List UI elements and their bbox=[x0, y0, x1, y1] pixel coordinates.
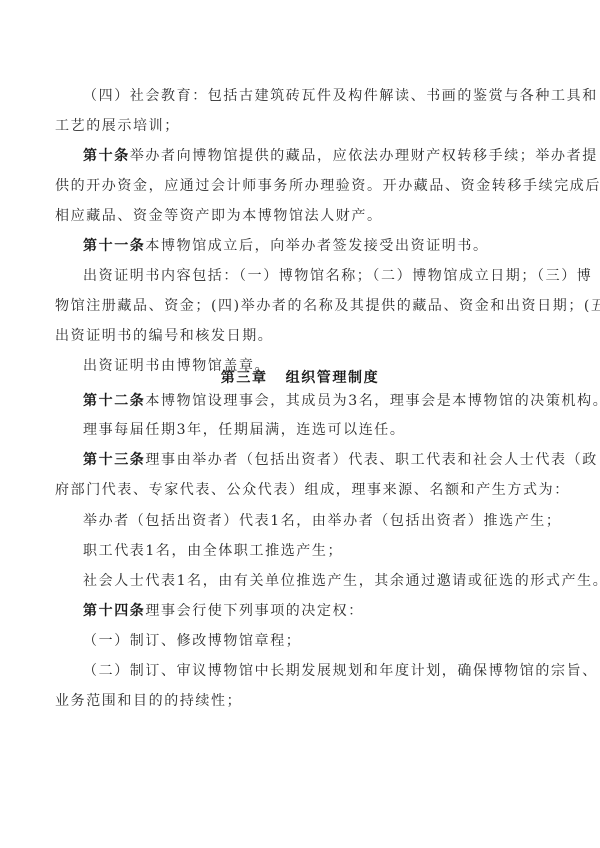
paragraph-line: 社会人士代表1名，由有关单位推选产生，其余通过邀请或征选的形式产生。 bbox=[83, 571, 600, 591]
paragraph-line: 举办者（包括出资者）代表1名，由举办者（包括出资者）推选产生； bbox=[83, 511, 562, 531]
article-number: 第十一条 bbox=[83, 238, 145, 254]
article-number: 第十四条 bbox=[83, 603, 145, 619]
line-text: 府部门代表、专家代表、公众代表）组成，理事来源、名额和产生方式为： bbox=[55, 482, 570, 498]
chapter-heading: 第三章组织管理制度 bbox=[0, 367, 600, 387]
paragraph-line: 第十二条本博物馆设理事会，其成员为3名，理事会是本博物馆的决策机构。 bbox=[83, 391, 600, 411]
chapter-title: 组织管理制度 bbox=[286, 370, 380, 386]
paragraph-line: 出资证明书内容包括：（一）博物馆名称；（二）博物馆成立日期；（三）博 bbox=[83, 266, 592, 286]
paragraph-line: 第十三条理事由举办者（包括出资者）代表、职工代表和社会人士代表（政 bbox=[83, 450, 598, 470]
article-number: 第十条 bbox=[83, 148, 130, 164]
document-page: （四）社会教育：包括古建筑砖瓦件及构件解读、书画的鉴赏与各种工具和 工艺的展示培… bbox=[0, 0, 600, 848]
paragraph-line: 第十一条本博物馆成立后，向举办者签发接受出资证明书。 bbox=[83, 236, 489, 256]
line-text: 举办者向博物馆提供的藏品，应依法办理财产权转移手续；举办者提 bbox=[130, 148, 598, 164]
article-number: 第十三条 bbox=[83, 452, 145, 468]
line-text: （二）制订、审议博物馆中长期发展规划和年度计划，确保博物馆的宗旨、 bbox=[83, 663, 598, 679]
line-text: （四）社会教育：包括古建筑砖瓦件及构件解读、书画的鉴赏与各种工具和 bbox=[83, 88, 598, 104]
line-text: 出资证明书的编号和核发日期。 bbox=[55, 328, 273, 344]
chapter-number: 第三章 bbox=[221, 370, 268, 386]
line-text: 供的开办资金，应通过会计师事务所办理验资。开办藏品、资金转移手续完成后， bbox=[55, 178, 600, 194]
line-text: 举办者（包括出资者）代表1名，由举办者（包括出资者）推选产生； bbox=[83, 513, 562, 529]
paragraph-line: （四）社会教育：包括古建筑砖瓦件及构件解读、书画的鉴赏与各种工具和 bbox=[83, 86, 598, 106]
paragraph-line: 工艺的展示培训； bbox=[55, 116, 180, 136]
line-text: 理事由举办者（包括出资者）代表、职工代表和社会人士代表（政 bbox=[145, 452, 597, 468]
paragraph-line: 物馆注册藏品、资金；(四)举办者的名称及其提供的藏品、资金和出资日期；(五) bbox=[55, 296, 600, 316]
line-text: 业务范围和目的的持续性； bbox=[55, 693, 242, 709]
line-text: 工艺的展示培训； bbox=[55, 118, 180, 134]
line-text: 职工代表1名，由全体职工推选产生； bbox=[83, 543, 343, 559]
paragraph-line: （一）制订、修改博物馆章程； bbox=[83, 631, 301, 651]
paragraph-line: （二）制订、审议博物馆中长期发展规划和年度计划，确保博物馆的宗旨、 bbox=[83, 661, 598, 681]
paragraph-line: 第十四条理事会行使下列事项的决定权： bbox=[83, 601, 364, 621]
line-text: （一）制订、修改博物馆章程； bbox=[83, 633, 301, 649]
line-text: 物馆注册藏品、资金；(四)举办者的名称及其提供的藏品、资金和出资日期；(五) bbox=[55, 298, 600, 314]
paragraph-line: 供的开办资金，应通过会计师事务所办理验资。开办藏品、资金转移手续完成后， bbox=[55, 176, 600, 196]
line-text: 理事会行使下列事项的决定权： bbox=[145, 603, 363, 619]
line-text: 本博物馆设理事会，其成员为3名，理事会是本博物馆的决策机构。 bbox=[145, 393, 600, 409]
paragraph-line: 理事每届任期3年，任期届满，连选可以连任。 bbox=[83, 420, 406, 440]
line-text: 本博物馆成立后，向举办者签发接受出资证明书。 bbox=[145, 238, 488, 254]
article-number: 第十二条 bbox=[83, 393, 145, 409]
paragraph-line: 第十条举办者向博物馆提供的藏品，应依法办理财产权转移手续；举办者提 bbox=[83, 146, 598, 166]
paragraph-line: 相应藏品、资金等资产即为本博物馆法人财产。 bbox=[55, 206, 383, 226]
paragraph-line: 职工代表1名，由全体职工推选产生； bbox=[83, 541, 343, 561]
line-text: 社会人士代表1名，由有关单位推选产生，其余通过邀请或征选的形式产生。 bbox=[83, 573, 600, 589]
paragraph-line: 出资证明书的编号和核发日期。 bbox=[55, 326, 273, 346]
paragraph-line: 府部门代表、专家代表、公众代表）组成，理事来源、名额和产生方式为： bbox=[55, 480, 570, 500]
line-text: 出资证明书内容包括：（一）博物馆名称；（二）博物馆成立日期；（三）博 bbox=[83, 268, 592, 284]
line-text: 理事每届任期3年，任期届满，连选可以连任。 bbox=[83, 422, 406, 438]
line-text: 相应藏品、资金等资产即为本博物馆法人财产。 bbox=[55, 208, 383, 224]
paragraph-line: 业务范围和目的的持续性； bbox=[55, 691, 242, 711]
